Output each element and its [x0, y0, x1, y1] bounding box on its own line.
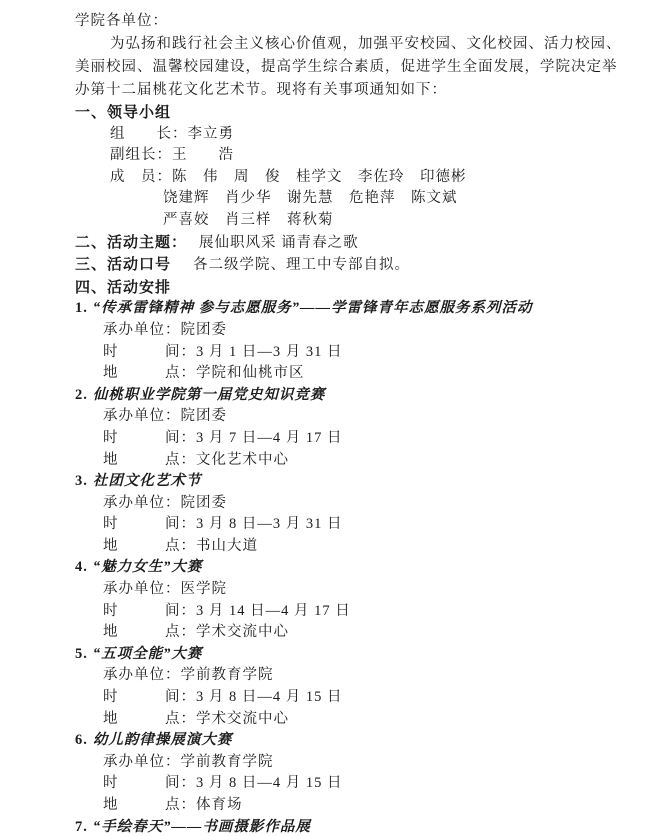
activity-number: 3.	[75, 473, 88, 489]
activity-time-row: 时 间：3 月 14 日—4 月 17 日	[103, 601, 598, 623]
location-label: 地 点：	[103, 365, 196, 381]
role-row-leader: 组 长：李立勇	[110, 124, 598, 146]
activity-item: 7.“手绘春天”——书画摄影作品展	[75, 817, 598, 836]
organizer-label: 承办单位：	[103, 408, 181, 424]
member-row: 严喜姣 肖三样 蒋秋菊	[163, 210, 598, 232]
activity-title-row: 2.仙桃职业学院第一届党史知识竞赛	[75, 385, 598, 407]
section-heading-theme: 二、活动主题：	[75, 234, 187, 251]
activity-title: 仙桃职业学院第一届党史知识竞赛	[93, 387, 326, 403]
activity-title-row: 3.社团文化艺术节	[75, 471, 598, 493]
activity-time-row: 时 间：3 月 8 日—4 月 15 日	[103, 773, 598, 795]
activity-organizer-row: 承办单位：院团委	[103, 406, 598, 428]
organizer-label: 承办单位：	[103, 754, 181, 770]
section-heading-arrangement: 四、活动安排	[75, 277, 598, 299]
section-theme: 二、活动主题：展仙职风采 诵青春之歌	[75, 232, 598, 255]
organizer-value: 院团委	[181, 495, 228, 511]
activity-title: “传承雷锋精神 参与志愿服务”——学雷锋青年志愿服务系列活动	[93, 300, 533, 316]
section-slogan: 三、活动口号各二级学院、理工中专部自拟。	[75, 254, 598, 277]
activity-time-row: 时 间：3 月 8 日—3 月 31 日	[103, 514, 598, 536]
organizer-value: 医学院	[181, 581, 228, 597]
section-heading-slogan: 三、活动口号	[75, 256, 171, 273]
activity-title: 社团文化艺术节	[93, 473, 202, 489]
location-value: 学术交流中心	[196, 711, 289, 727]
role-row-deputy-leader: 副组长：王 浩	[110, 145, 598, 167]
organizer-label: 承办单位：	[103, 322, 181, 338]
location-label: 地 点：	[103, 711, 196, 727]
activity-location-row: 地 点：书山大道	[103, 536, 598, 558]
activity-title: “五项全能”大赛	[93, 646, 203, 662]
section-slogan-content: 各二级学院、理工中专部自拟。	[193, 257, 410, 273]
notice-document: 学院各单位： 为弘扬和践行社会主义核心价值观，加强平安校园、文化校园、活力校园、…	[0, 0, 654, 836]
role-value: 李立勇	[188, 126, 235, 142]
role-value: 王 浩	[172, 147, 234, 163]
activity-title-row: 5.“五项全能”大赛	[75, 644, 598, 666]
time-label: 时 间：	[103, 516, 196, 532]
location-value: 学院和仙桃市区	[196, 365, 305, 381]
time-label: 时 间：	[103, 603, 196, 619]
activity-location-row: 地 点：体育场	[103, 795, 598, 817]
section-heading-leadership: 一、领导小组	[75, 102, 598, 124]
location-value: 学术交流中心	[196, 624, 289, 640]
location-label: 地 点：	[103, 452, 196, 468]
time-label: 时 间：	[103, 775, 196, 791]
activity-organizer-row: 承办单位：院团委	[103, 320, 598, 342]
activity-item: 1.“传承雷锋精神 参与志愿服务”——学雷锋青年志愿服务系列活动 承办单位：院团…	[75, 298, 598, 384]
location-value: 文化艺术中心	[196, 452, 289, 468]
salutation: 学院各单位：	[75, 10, 598, 33]
role-label: 成 员：	[110, 169, 172, 185]
location-label: 地 点：	[103, 797, 196, 813]
location-label: 地 点：	[103, 538, 196, 554]
time-value: 3 月 8 日—3 月 31 日	[196, 516, 343, 532]
time-value: 3 月 8 日—4 月 15 日	[196, 775, 343, 791]
intro-line: 办第十二届桃花文化艺术节。现将有关事项通知如下：	[75, 79, 598, 102]
activity-title-row: 7.“手绘春天”——书画摄影作品展	[75, 817, 598, 836]
time-value: 3 月 8 日—4 月 15 日	[196, 689, 343, 705]
activity-number: 5.	[75, 646, 88, 662]
role-label: 副组长：	[110, 147, 172, 163]
activity-number: 1.	[75, 300, 88, 316]
activity-number: 6.	[75, 732, 88, 748]
activity-number: 4.	[75, 559, 88, 575]
activity-time-row: 时 间：3 月 7 日—4 月 17 日	[103, 428, 598, 450]
intro-line: 为弘扬和践行社会主义核心价值观，加强平安校园、文化校园、活力校园、	[75, 33, 598, 56]
location-label: 地 点：	[103, 624, 196, 640]
activity-time-row: 时 间：3 月 1 日—3 月 31 日	[103, 342, 598, 364]
intro-paragraph: 为弘扬和践行社会主义核心价值观，加强平安校园、文化校园、活力校园、 美丽校园、温…	[75, 33, 598, 102]
activity-location-row: 地 点：学术交流中心	[103, 622, 598, 644]
organizer-label: 承办单位：	[103, 495, 181, 511]
organizer-value: 院团委	[181, 322, 228, 338]
location-value: 书山大道	[196, 538, 258, 554]
location-value: 体育场	[196, 797, 243, 813]
activity-title-row: 1.“传承雷锋精神 参与志愿服务”——学雷锋青年志愿服务系列活动	[75, 298, 598, 320]
role-value: 陈 伟 周 俊 桂学文 李佐玲 印德彬	[172, 169, 467, 185]
activity-number: 7.	[75, 819, 88, 835]
activity-item: 6.幼儿韵律操展演大赛 承办单位：学前教育学院 时 间：3 月 8 日—4 月 …	[75, 730, 598, 816]
section-theme-content: 展仙职风采 诵青春之歌	[199, 235, 359, 251]
activity-title: “魅力女生”大赛	[93, 559, 203, 575]
time-value: 3 月 14 日—4 月 17 日	[196, 603, 351, 619]
activity-item: 2.仙桃职业学院第一届党史知识竞赛 承办单位：院团委 时 间：3 月 7 日—4…	[75, 385, 598, 471]
organizer-value: 学前教育学院	[181, 754, 274, 770]
activity-organizer-row: 承办单位：学前教育学院	[103, 752, 598, 774]
activity-title: 幼儿韵律操展演大赛	[93, 732, 233, 748]
activity-item: 3.社团文化艺术节 承办单位：院团委 时 间：3 月 8 日—3 月 31 日 …	[75, 471, 598, 557]
organizer-label: 承办单位：	[103, 667, 181, 683]
activity-organizer-row: 承办单位：学前教育学院	[103, 665, 598, 687]
activity-item: 5.“五项全能”大赛 承办单位：学前教育学院 时 间：3 月 8 日—4 月 1…	[75, 644, 598, 730]
time-value: 3 月 1 日—3 月 31 日	[196, 344, 343, 360]
activity-location-row: 地 点：学院和仙桃市区	[103, 363, 598, 385]
activity-title-row: 4.“魅力女生”大赛	[75, 557, 598, 579]
activity-location-row: 地 点：文化艺术中心	[103, 450, 598, 472]
activity-item: 4.“魅力女生”大赛 承办单位：医学院 时 间：3 月 14 日—4 月 17 …	[75, 557, 598, 643]
time-value: 3 月 7 日—4 月 17 日	[196, 430, 343, 446]
organizer-label: 承办单位：	[103, 581, 181, 597]
time-label: 时 间：	[103, 689, 196, 705]
time-label: 时 间：	[103, 344, 196, 360]
activity-title-row: 6.幼儿韵律操展演大赛	[75, 730, 598, 752]
activity-number: 2.	[75, 387, 88, 403]
activity-title: “手绘春天”——书画摄影作品展	[93, 819, 311, 835]
time-label: 时 间：	[103, 430, 196, 446]
activity-time-row: 时 间：3 月 8 日—4 月 15 日	[103, 687, 598, 709]
role-label: 组 长：	[110, 126, 188, 142]
role-row-members: 成 员：陈 伟 周 俊 桂学文 李佐玲 印德彬	[110, 167, 598, 189]
activity-location-row: 地 点：学术交流中心	[103, 709, 598, 731]
organizer-value: 学前教育学院	[181, 667, 274, 683]
activity-organizer-row: 承办单位：医学院	[103, 579, 598, 601]
organizer-value: 院团委	[181, 408, 228, 424]
intro-line: 美丽校园、温馨校园建设，提高学生综合素质，促进学生全面发展，学院决定举	[75, 56, 598, 79]
member-row: 饶建辉 肖少华 谢先慧 危艳萍 陈文斌	[163, 188, 598, 210]
activity-organizer-row: 承办单位：院团委	[103, 493, 598, 515]
